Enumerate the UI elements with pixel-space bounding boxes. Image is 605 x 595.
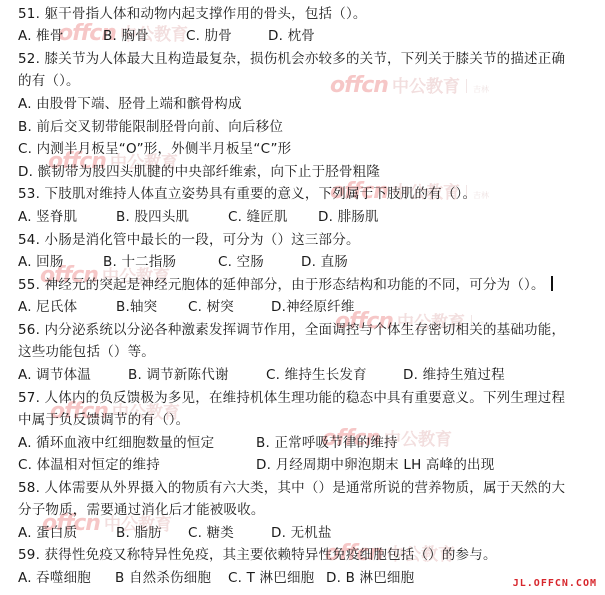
- question-54-options: A. 回肠 B. 十二指肠 C. 空肠 D. 直肠: [18, 251, 603, 273]
- question-55-options: A. 尼氏体 B.轴突 C. 树突 D.神经原纤维: [18, 296, 603, 318]
- option-c: C. 空肠: [218, 251, 264, 273]
- question-53-options: A. 竖脊肌 B. 股四头肌 C. 缝匠肌 D. 腓肠肌: [18, 206, 603, 228]
- option-d: D. 直肠: [301, 251, 348, 273]
- watermark-divider: [466, 79, 467, 93]
- question-57-stem-line1: 57. 人体内的负反馈极为多见，在维持机体生理功能的稳态中具有重要意义。下列生理…: [18, 387, 565, 409]
- option-c: C. T 淋巴细胞: [228, 567, 314, 589]
- option-b: B.轴突: [116, 296, 157, 318]
- text-cursor: [551, 276, 553, 291]
- option-c: C. 缝匠肌: [228, 206, 288, 228]
- question-52-option-c: C. 内测半月板呈“O”形，外侧半月板呈“C”形: [18, 138, 291, 160]
- option-c: C. 体温相对恒定的维持: [18, 454, 160, 476]
- question-58-stem-line1: 58. 人体需要从外界摄入的物质有六大类，其中（）是通常所说的营养物质，属于天然…: [18, 477, 565, 499]
- question-57-options-row2: C. 体温相对恒定的维持 D. 月经周期中卵泡期末 LH 高峰的出现: [18, 454, 603, 476]
- option-b: B. 股四头肌: [116, 206, 189, 228]
- option-a: A. 调节体温: [18, 364, 91, 386]
- option-b: B 自然杀伤细胞: [115, 567, 211, 589]
- question-55-stem: 55. 神经元的突起是神经元胞体的延伸部分，由于形态结构和功能的不同，可分为（）…: [18, 274, 553, 296]
- question-56-stem-line1: 56. 内分泌系统以分泌各种激素发挥调节作用，全面调控与个体生存密切相关的基础功…: [18, 319, 565, 341]
- watermark-2: offcn中公教育吉林: [330, 72, 489, 98]
- question-56-options: A. 调节体温 B. 调节新陈代谢 C. 维持生长发育 D. 维持生殖过程: [18, 364, 603, 386]
- question-58-options: A. 蛋白质 B. 脂肪 C. 糖类 D. 无机盐: [18, 522, 603, 544]
- question-52-option-a: A. 由股骨下端、胫骨上端和髌骨构成: [18, 93, 242, 115]
- question-52-stem-line2: 的有（）。: [18, 70, 80, 92]
- option-d: D. 枕骨: [268, 25, 315, 47]
- question-51-stem: 51. 躯干骨指人体和动物内起支撑作用的骨头，包括（）。: [18, 3, 367, 25]
- question-57-stem-line2: 中属于负反馈调节的有（）。: [18, 409, 189, 431]
- option-d: D. 无机盐: [271, 522, 332, 544]
- question-55-stem-text: 55. 神经元的突起是神经元胞体的延伸部分，由于形态结构和功能的不同，可分为（）…: [18, 277, 545, 293]
- question-54-stem: 54. 小肠是消化管中最长的一段，可分为（）这三部分。: [18, 229, 360, 251]
- question-53-stem: 53. 下肢肌对维持人体直立姿势具有重要的意义，下列属于下肢肌的有（）。: [18, 183, 476, 205]
- option-b: B. 胸骨: [103, 25, 149, 47]
- option-d: D. 腓肠肌: [318, 206, 379, 228]
- watermark-brand: offcn: [330, 73, 388, 98]
- option-a: A. 竖脊肌: [18, 206, 77, 228]
- watermark-name: 中公教育: [392, 77, 460, 97]
- question-56-stem-line2: 这些功能包括（）等。: [18, 341, 155, 363]
- option-a: A. 回肠: [18, 251, 64, 273]
- question-59-options: A. 吞噬细胞 B 自然杀伤细胞 C. T 淋巴细胞 D. B 淋巴细胞: [18, 567, 603, 589]
- option-c: C. 树突: [188, 296, 234, 318]
- option-b: B. 正常呼吸节律的维持: [256, 432, 398, 454]
- option-d: D. B 淋巴细胞: [326, 567, 414, 589]
- option-a: A. 椎骨: [18, 25, 64, 47]
- question-59-stem: 59. 获得性免疫又称特异性免疫，其主要依赖特异性免疫细胞包括（）的参与。: [18, 544, 497, 566]
- question-52-option-d: D. 髌韧带为股四头肌腱的中央部纤维索，向下止于胫骨粗隆: [18, 161, 380, 183]
- option-a: A. 循环血液中红细胞数量的恒定: [18, 432, 214, 454]
- question-52-stem-line1: 52. 膝关节为人体最大且构造最复杂，损伤机会亦较多的关节，下列关于膝关节的描述…: [18, 48, 565, 70]
- option-c: C. 糖类: [188, 522, 234, 544]
- option-b: B. 调节新陈代谢: [128, 364, 229, 386]
- question-58-stem-line2: 分子物质，需要通过消化后才能被吸收。: [18, 499, 265, 521]
- option-d: D. 月经周期中卵泡期末 LH 高峰的出现: [256, 454, 494, 476]
- question-52-option-b: B. 前后交叉韧带能限制胫骨向前、向后移位: [18, 116, 283, 138]
- option-d: D.神经原纤维: [271, 296, 355, 318]
- option-a: A. 蛋白质: [18, 522, 77, 544]
- option-a: A. 尼氏体: [18, 296, 77, 318]
- option-b: B. 脂肪: [116, 522, 162, 544]
- question-57-options-row1: A. 循环血液中红细胞数量的恒定 B. 正常呼吸节律的维持: [18, 432, 603, 454]
- question-51-options: A. 椎骨 B. 胸骨 C. 肋骨 D. 枕骨: [18, 25, 603, 47]
- option-d: D. 维持生殖过程: [403, 364, 505, 386]
- watermark-location: 吉林: [473, 85, 489, 94]
- option-a: A. 吞噬细胞: [18, 567, 91, 589]
- option-b: B. 十二指肠: [103, 251, 176, 273]
- option-c: C. 维持生长发育: [266, 364, 367, 386]
- option-c: C. 肋骨: [186, 25, 232, 47]
